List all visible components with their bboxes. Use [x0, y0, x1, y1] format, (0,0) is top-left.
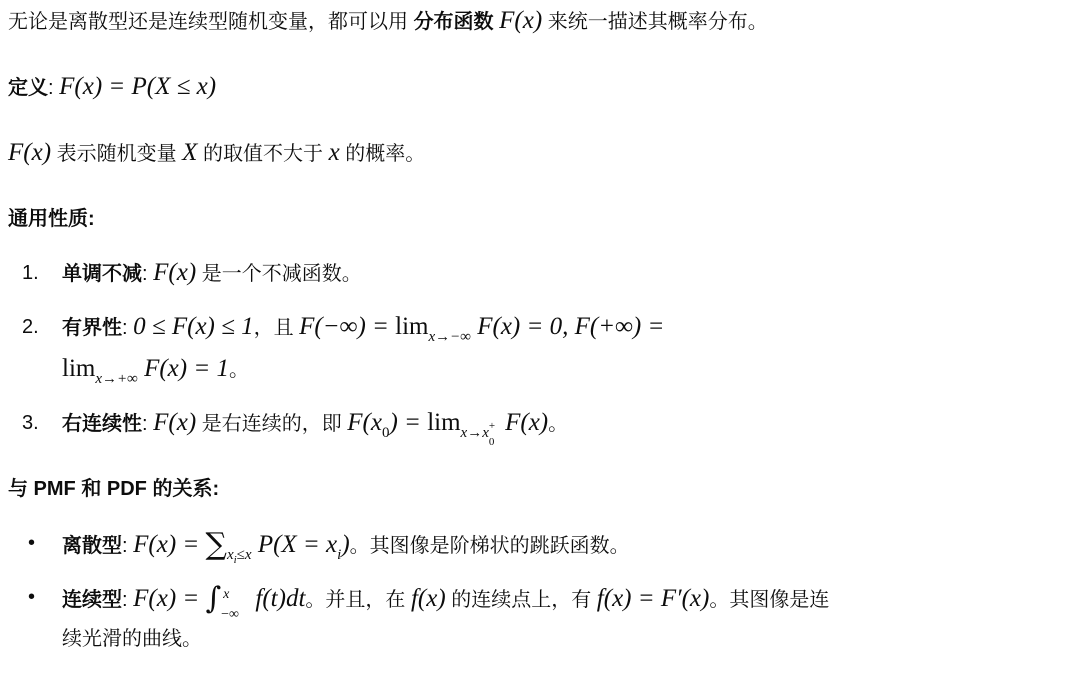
relation-colon: :: [122, 535, 128, 557]
property-math-x0-end: ) =: [389, 409, 427, 436]
property-colon: :: [142, 263, 148, 285]
relation-heading: 与 PMF 和 PDF 的关系:: [8, 474, 219, 504]
relation-math-integrand: f(t)dt: [249, 585, 305, 612]
relation-math-fx: f(x): [411, 585, 446, 612]
explanation-math-F: F(x): [8, 139, 51, 166]
general-properties-heading: 通用性质:: [8, 204, 95, 234]
lim-sub-scripts: +0: [489, 415, 499, 435]
lim-operator: lim: [427, 409, 460, 436]
relation-math-F: F(x) =: [133, 585, 205, 612]
explanation-text1: 表示随机变量: [51, 143, 182, 165]
explanation-text3: 的概率。: [340, 143, 426, 165]
definition-paragraph: 定义: F(x) = P(X ≤ x): [8, 72, 216, 103]
lim-subscript: x→+∞: [95, 371, 137, 387]
relation-label: 连续型: [62, 589, 122, 611]
relation-math-derivative: f(x) = F′(x): [597, 585, 710, 612]
property-label: 单调不减: [62, 263, 142, 285]
explanation-text2: 的取值不大于: [197, 143, 328, 165]
document-page: 无论是离散型还是连续型随机变量，都可以用 分布函数 F(x) 来统一描述其概率分…: [0, 0, 1075, 679]
sum-subscript-rest: ≤x: [237, 547, 252, 563]
sum-symbol: ∑: [206, 527, 227, 562]
definition-colon: :: [48, 77, 54, 99]
relation-label: 离散型: [62, 535, 122, 557]
relation-continuation: 续光滑的曲线。: [62, 624, 202, 654]
property-text: ，且: [254, 317, 300, 339]
property-math-neg-inf: F(−∞) =: [299, 313, 395, 340]
relation-text3: 。其图像是连: [709, 589, 829, 611]
relation-math-F: F(x) =: [133, 531, 205, 558]
property-text: 是一个不减函数。: [196, 263, 362, 285]
explanation-paragraph: F(x) 表示随机变量 X 的取值不大于 x 的概率。: [8, 138, 425, 169]
intro-paragraph: 无论是离散型还是连续型随机变量，都可以用 分布函数 F(x) 来统一描述其概率分…: [8, 6, 768, 37]
property-math-x0: F(x: [347, 409, 382, 436]
relation-math-end: ): [341, 531, 349, 558]
definition-label: 定义: [8, 77, 48, 99]
explanation-math-x: x: [329, 139, 340, 166]
lim-subscript: x→−∞: [428, 329, 470, 345]
property-math-zero: F(x) = 0, F(+∞) =: [471, 313, 664, 340]
lim-operator: lim: [395, 313, 428, 340]
bullet-icon: •: [28, 528, 35, 558]
property-math: F(x): [153, 259, 196, 286]
definition-formula: F(x) = P(X ≤ x): [59, 73, 216, 100]
sum-subscript-x: x: [227, 547, 234, 563]
property-math: F(x): [153, 409, 196, 436]
explanation-math-X: X: [182, 139, 197, 166]
list-number: 3.: [22, 408, 52, 438]
integral-symbol: ∫: [206, 581, 222, 616]
lim-sub-zero: 0: [489, 427, 495, 457]
integral-lower: −∞: [221, 600, 239, 630]
relation-text1: 。并且，在: [305, 589, 411, 611]
lim-subscript: x→x: [461, 425, 489, 441]
property-label: 右连续性: [62, 413, 142, 435]
relation-text2: 的连续点上，有: [446, 589, 597, 611]
list-number: 2.: [22, 312, 52, 342]
property-text: 是右连续的，即: [196, 413, 347, 435]
property-end: 。: [548, 413, 568, 435]
intro-bold-term: 分布函数: [414, 11, 494, 33]
property-label: 有界性: [62, 317, 122, 339]
property-math-Fx: F(x): [499, 409, 548, 436]
lim-operator: lim: [62, 355, 95, 382]
relation-colon: :: [122, 589, 128, 611]
bullet-icon: •: [28, 582, 35, 612]
x0-subscript: 0: [382, 425, 390, 441]
property-colon: :: [142, 413, 148, 435]
xi-subscript: i: [337, 547, 341, 563]
property-colon: :: [122, 317, 128, 339]
list-number: 1.: [22, 258, 52, 288]
relation-text: 。其图像是阶梯状的跳跃函数。: [350, 535, 630, 557]
integral-limits: x−∞: [221, 586, 249, 616]
property-end: 。: [229, 359, 249, 381]
relation-math-P: P(X = x: [252, 531, 338, 558]
intro-text-after: 来统一描述其概率分布。: [542, 11, 768, 33]
intro-text-before: 无论是离散型还是连续型随机变量，都可以用: [8, 11, 414, 33]
property-math-bounds: 0 ≤ F(x) ≤ 1: [133, 313, 253, 340]
property-math-one: F(x) = 1: [138, 355, 229, 382]
intro-math: F(x): [499, 7, 542, 34]
